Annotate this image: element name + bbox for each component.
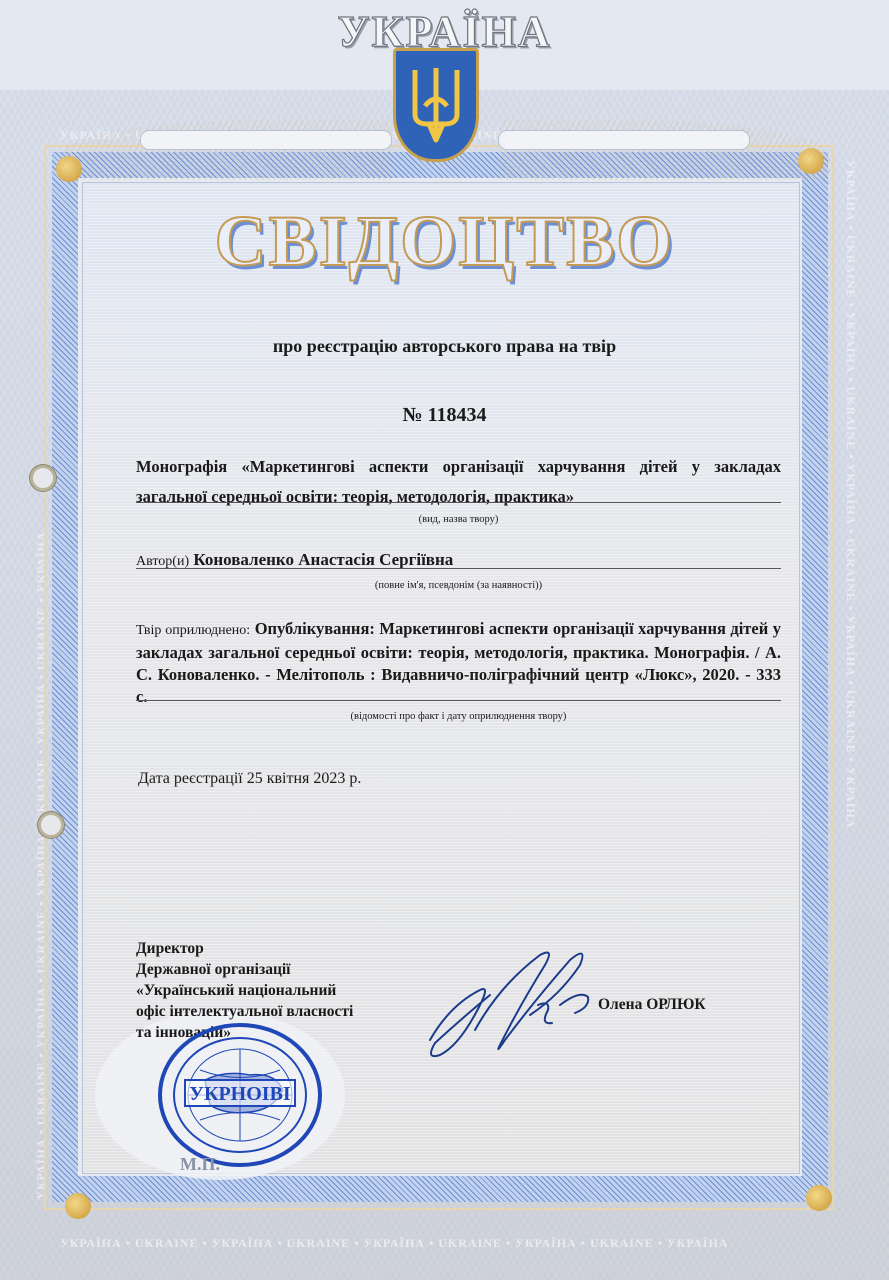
author-name: Коноваленко Анастасія Сергіївна xyxy=(193,550,453,569)
signatory-name: Олена ОРЛЮК xyxy=(598,996,706,1014)
header-ribbon-right xyxy=(498,130,750,150)
certificate-subtitle: про реєстрацію авторського права на твір xyxy=(0,336,889,357)
position-line: «Український національний xyxy=(136,980,353,1001)
official-stamp-icon: УКРНОІВІ xyxy=(155,1020,325,1170)
handwritten-signature-icon xyxy=(420,945,610,1070)
publication-field: Твір оприлюднено: Опублікування: Маркети… xyxy=(136,618,781,708)
trident-coat-of-arms-icon xyxy=(393,48,479,162)
position-line: Державної організації xyxy=(136,959,353,980)
work-underline xyxy=(136,502,781,503)
author-field: Автор(и) Коноваленко Анастасія Сергіївна xyxy=(136,550,781,570)
corner-medal-icon xyxy=(806,1185,832,1211)
binding-grommet-icon xyxy=(38,812,64,838)
corner-medal-icon xyxy=(65,1193,91,1219)
publication-caption: (відомості про факт і дату оприлюднення … xyxy=(136,711,781,722)
border-microtext-bottom: УКРАЇНА • UKRAINE • УКРАЇНА • UKRAINE • … xyxy=(60,1236,729,1251)
work-title: Монографія «Маркетингові аспекти організ… xyxy=(136,452,781,512)
publication-label: Твір оприлюднено: xyxy=(136,623,250,638)
author-caption: (повне ім'я, псевдонім (за наявності)) xyxy=(136,580,781,591)
author-label: Автор(и) xyxy=(136,554,189,569)
binding-grommet-icon xyxy=(30,465,56,491)
registration-date: Дата реєстрації 25 квітня 2023 р. xyxy=(138,770,361,788)
publication-underline xyxy=(136,700,781,701)
position-line: Директор xyxy=(136,938,353,959)
work-caption: (вид, назва твору) xyxy=(136,514,781,525)
author-underline xyxy=(136,568,781,569)
place-of-seal-mark: М.П. xyxy=(180,1154,220,1175)
certificate-number: № 118434 xyxy=(0,404,889,427)
stamp-center-text: УКРНОІВІ xyxy=(189,1083,291,1105)
certificate-title: СВІДОЦТВО xyxy=(0,200,889,283)
position-line: офіс інтелектуальної власності xyxy=(136,1001,353,1022)
header-ribbon-left xyxy=(140,130,392,150)
